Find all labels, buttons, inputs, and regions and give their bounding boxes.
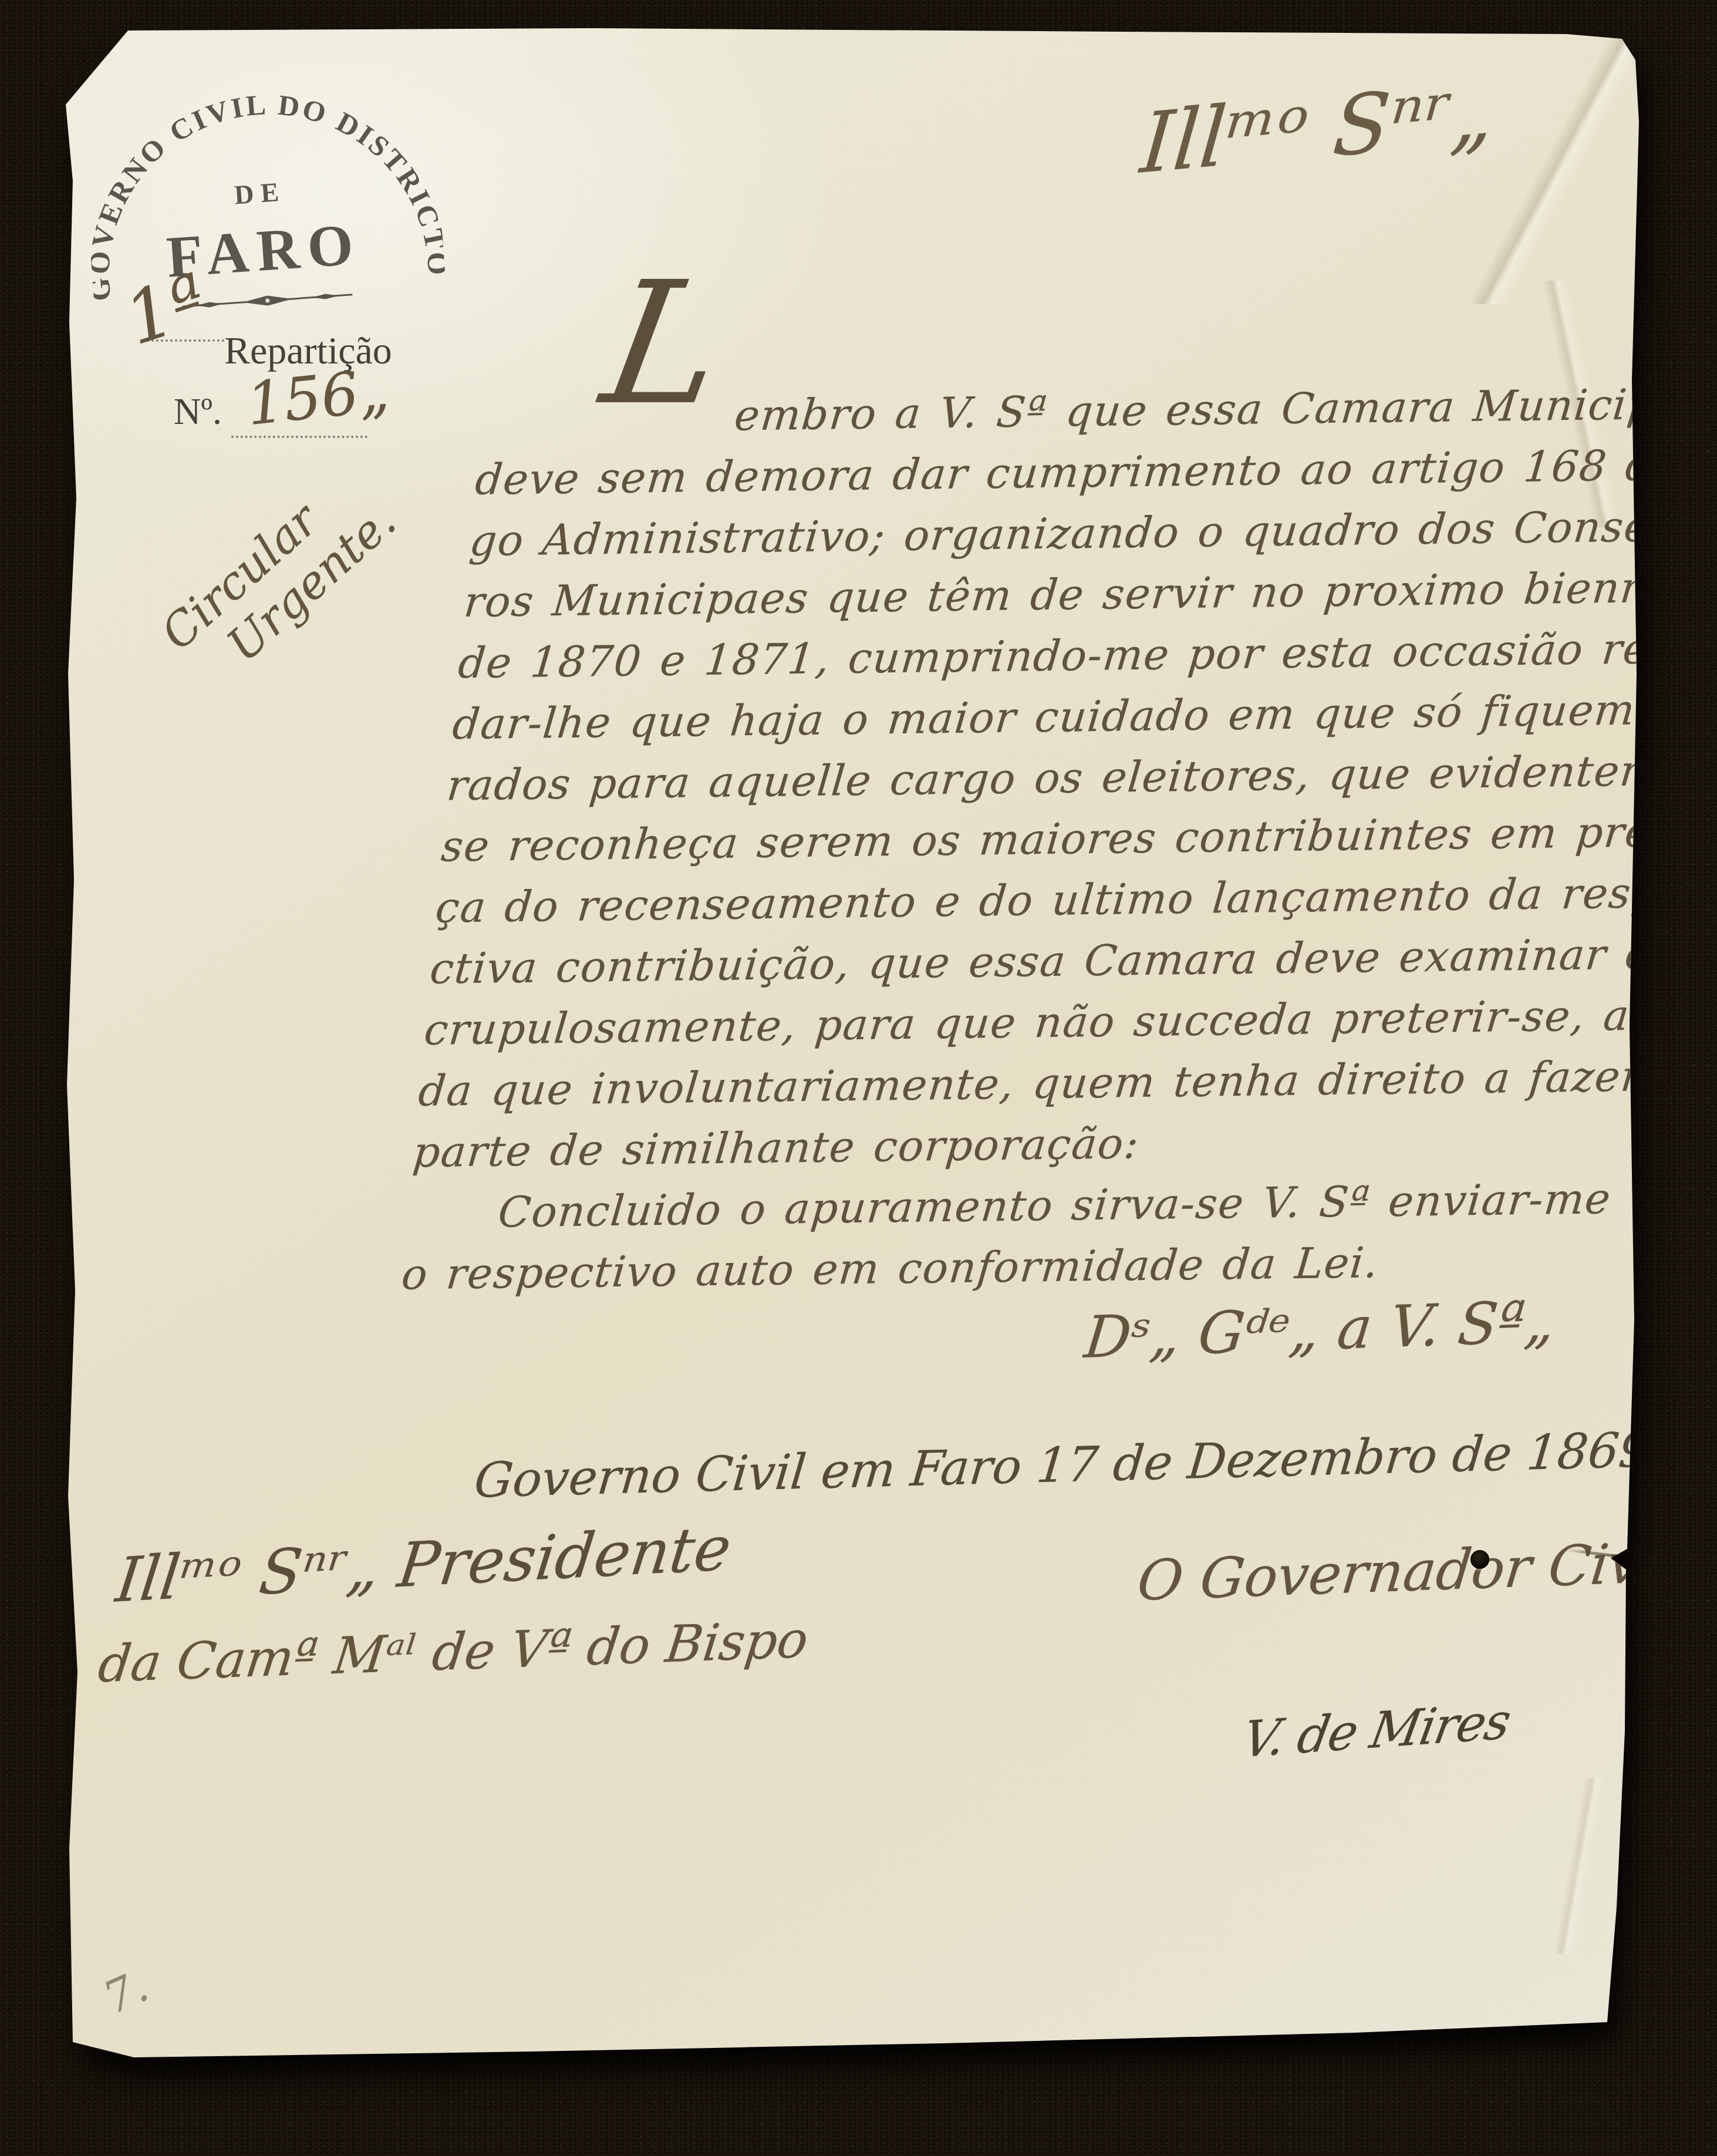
paper-wrapper: GOVERNO CIVIL DO DISTRICTO DE FARO 1ª Re… [0, 0, 1717, 2156]
punch-hole [1470, 1550, 1489, 1569]
paper-sheet: GOVERNO CIVIL DO DISTRICTO DE FARO 1ª Re… [63, 28, 1642, 2060]
letter-body: embro a V. Sª que essa Camara Municipal … [399, 372, 1717, 1305]
stamp-ornament [183, 290, 353, 311]
stamp-de-text: DE [233, 176, 286, 210]
department-leader-line [147, 339, 224, 342]
number-label: Nº. [174, 390, 222, 433]
